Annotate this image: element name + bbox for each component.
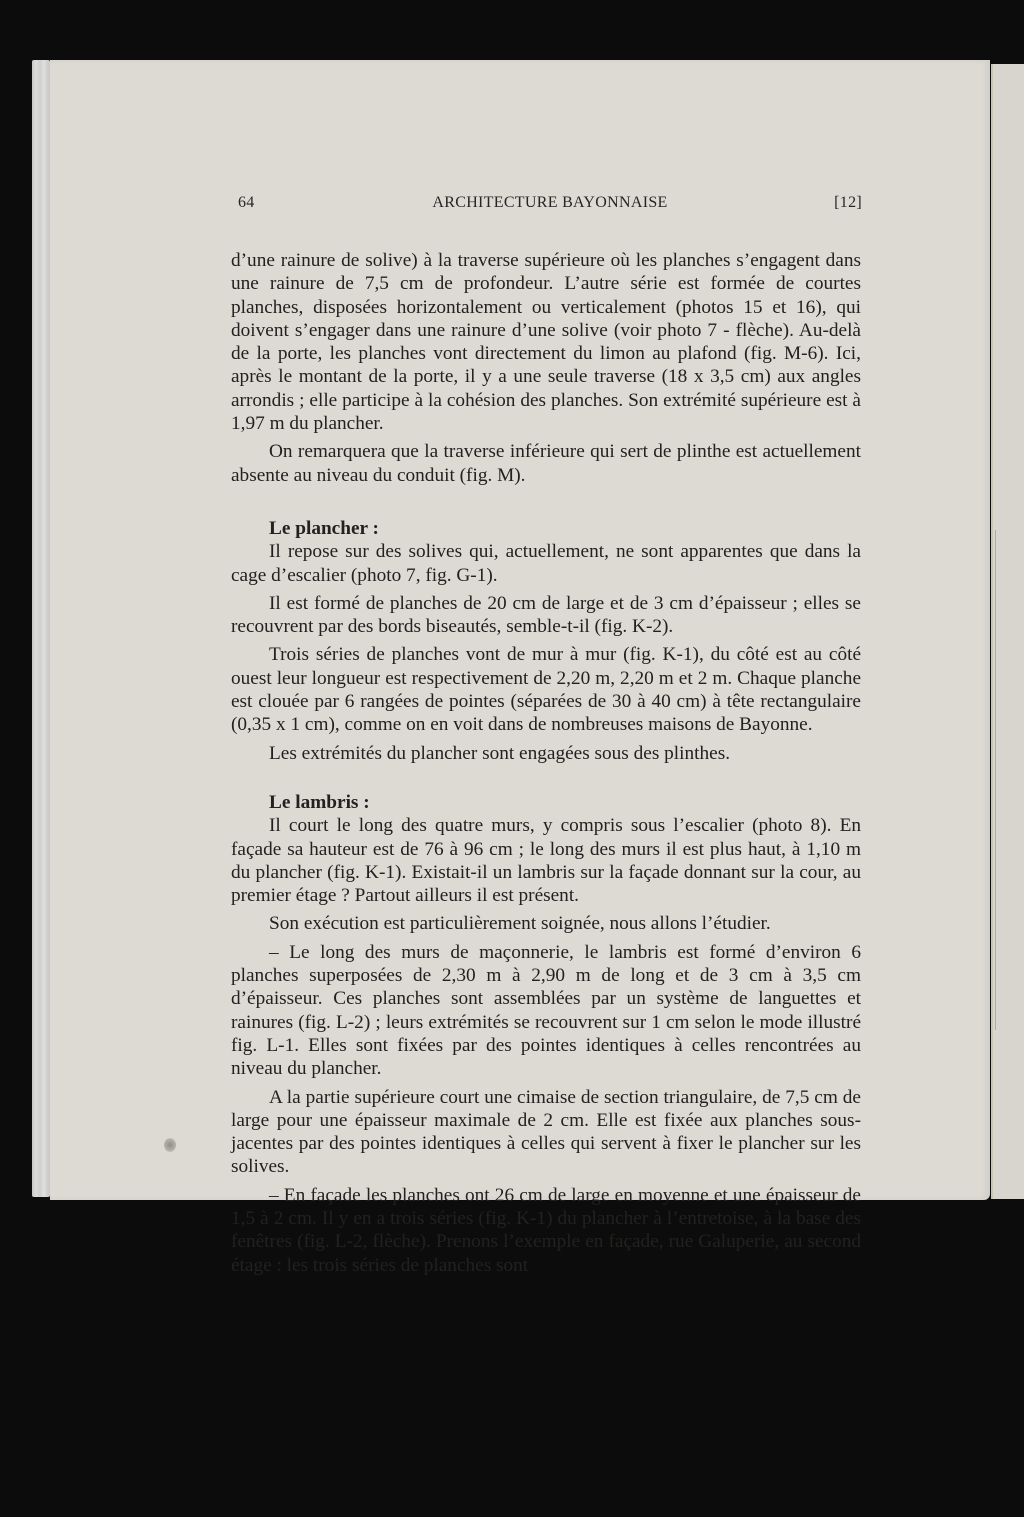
paragraph: Trois séries de planches vont de mur à m…: [231, 643, 861, 736]
page-stack-edge: [32, 60, 50, 1197]
paragraph: Son exécution est particulièrement soign…: [231, 912, 861, 935]
paragraph: Il est formé de planches de 20 cm de lar…: [231, 592, 861, 639]
paper-stain: [164, 1138, 176, 1152]
running-title: ARCHITECTURE BAYONNAISE: [238, 194, 862, 212]
paragraph: Il repose sur des solives qui, actuellem…: [231, 540, 861, 587]
paragraph: – Le long des murs de maçonnerie, le lam…: [231, 941, 861, 1081]
section-heading-plancher: Le plancher :: [231, 517, 861, 540]
section-heading-lambris: Le lambris :: [231, 791, 861, 814]
paragraph: Les extrémités du plancher sont engagées…: [231, 742, 861, 765]
paragraph: On remarquera que la traverse inférieure…: [231, 440, 861, 487]
paragraph: d’une rainure de solive) à la traverse s…: [231, 249, 861, 435]
paragraph: – En façade les planches ont 26 cm de la…: [231, 1184, 861, 1277]
paragraph: A la partie supérieure court une cimaise…: [231, 1086, 861, 1179]
page-fold-line: [995, 530, 996, 1030]
section-reference: [12]: [834, 194, 862, 212]
page-body: d’une rainure de solive) à la traverse s…: [231, 249, 861, 1277]
paragraph: Il court le long des quatre murs, y comp…: [231, 814, 861, 907]
running-header: 64 ARCHITECTURE BAYONNAISE [12]: [238, 194, 862, 218]
